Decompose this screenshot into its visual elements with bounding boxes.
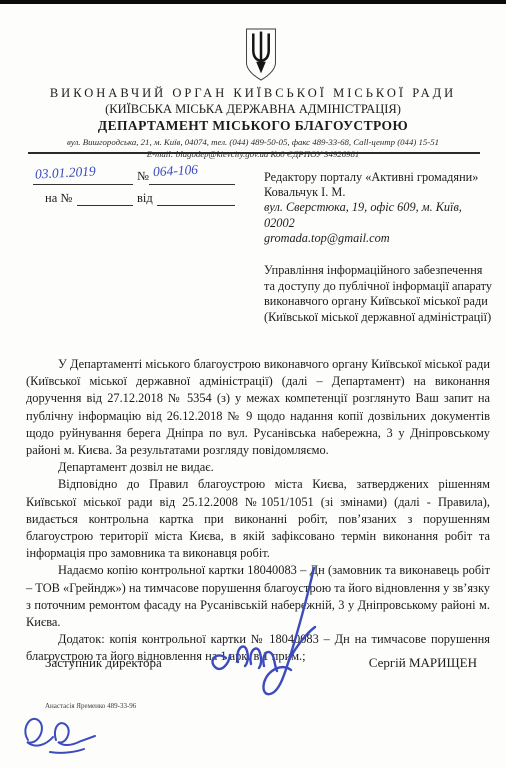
- recipient-block: Редактору порталу «Активні громадяни» Ко…: [264, 170, 496, 246]
- reply-from-label: від: [137, 191, 153, 206]
- ukraine-trident-emblem-icon: [244, 28, 278, 82]
- date-underline: [33, 184, 133, 185]
- org-name-line3: ДЕПАРТАМЕНТ МІСЬКОГО БЛАГОУСТРОЮ: [13, 118, 493, 134]
- initials-ink: [12, 704, 107, 762]
- recipient-address-line1: вул. Сверстюка, 19, офіс 609, м. Київ,: [264, 200, 496, 215]
- outgoing-row: 03.01.2019 № 064-106: [25, 163, 235, 187]
- document-page: ВИКОНАВЧИЙ ОРГАН КИЇВСЬКОЇ МІСЬКОЇ РАДИ …: [0, 0, 506, 768]
- recipient-address-line2: 02002: [264, 216, 496, 231]
- secondary-recipient-block: Управління інформаційного забезпечення т…: [264, 263, 496, 325]
- recipient-name: Ковальчук І. М.: [264, 185, 496, 200]
- body-paragraph: Надаємо копію контрольної картки 1804008…: [26, 562, 490, 631]
- body-paragraph: Відповідно до Правил благоустрою міста К…: [26, 476, 490, 562]
- letterhead: ВИКОНАВЧИЙ ОРГАН КИЇВСЬКОЇ МІСЬКОЇ РАДИ …: [13, 86, 493, 159]
- letter-body: У Департаменті міського благоустрою вико…: [26, 356, 490, 666]
- recipient-email: gromada.top@gmail.com: [264, 231, 496, 246]
- recipient-title: Редактору порталу «Активні громадяни»: [264, 170, 496, 185]
- signer-title: Заступник директора: [45, 655, 162, 671]
- reply-date-underline: [157, 205, 235, 206]
- signer-name: Сергій МАРИЩЕН: [369, 655, 477, 671]
- org-name-line1: ВИКОНАВЧИЙ ОРГАН КИЇВСЬКОЇ МІСЬКОЇ РАДИ: [13, 86, 493, 101]
- org-email-line: E-mail: blagodep@kievcity.gov.ua Код ЄДР…: [13, 149, 493, 159]
- header-divider: [28, 152, 480, 154]
- org-name-line2: (КИЇВСЬКА МІСЬКА ДЕРЖАВНА АДМІНІСТРАЦІЯ): [13, 102, 493, 117]
- reference-block: 03.01.2019 № 064-106 на № від: [25, 163, 235, 209]
- reply-number-underline: [77, 205, 133, 206]
- handwritten-number: 064-106: [153, 162, 199, 180]
- scan-top-strip: [0, 0, 506, 4]
- reply-to-row: на № від: [25, 189, 235, 209]
- body-paragraph: Департамент дозвіл не видає.: [26, 459, 490, 476]
- trident-base: [256, 62, 266, 74]
- number-underline: [149, 184, 235, 185]
- reply-prefix-label: на №: [45, 191, 72, 206]
- handwritten-date: 03.01.2019: [35, 163, 97, 182]
- number-sign-label: №: [137, 169, 149, 184]
- body-paragraph: У Департаменті міського благоустрою вико…: [26, 356, 490, 459]
- org-address-line: вул. Вишгородська, 21, м. Київ, 04074, т…: [13, 137, 493, 147]
